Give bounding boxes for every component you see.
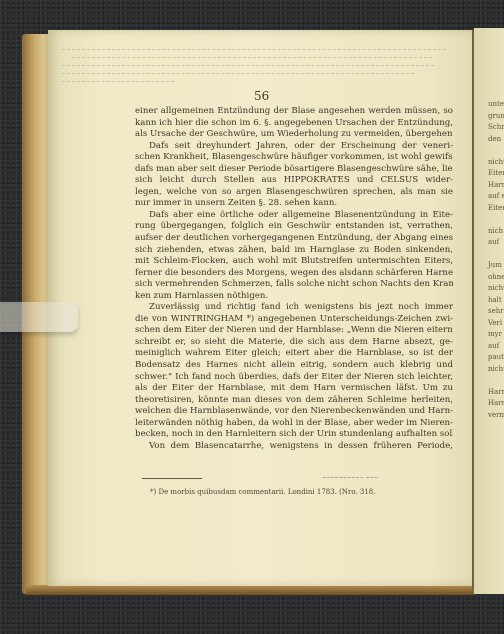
text-line: einer allgemeinen Entzündung der Blase a… [135,106,453,118]
next-page-text-fragment: Eiter [488,204,504,212]
text-line: Dafs aber eine örtliche oder allgemeine … [135,210,453,222]
text-line: als der Eiter der Harnblase, mit dem Har… [135,383,453,395]
next-page-text-fragment: halt [488,296,502,304]
text-line: schwer." Ich fand noch überdies, dafs de… [135,372,453,384]
text-line: schen dem Eiter der Nieren und der Harnb… [135,325,453,337]
next-page-text-fragment: nicht [488,158,504,166]
next-page-text-fragment: verm [488,411,504,419]
text-line: sich ziehenden, etwas zähen, bald im Har… [135,245,453,257]
text-line: dafs man aber seit dieser Periode bösart… [135,164,453,176]
handwritten-marginalia [62,42,462,82]
text-line: schen Krankheit, Blasengeschwüre häufige… [135,152,453,164]
text-line: leiterwänden nöthig haben, da wohl in de… [135,418,453,430]
next-page-text-fragment: myr [488,330,502,338]
text-line: sich leicht durch Stellen aus HIPPOKRATE… [135,175,453,187]
next-page-text-fragment: Eiter [488,169,504,177]
text-line: kann ich hier die schon im 6. §. angegeb… [135,118,453,130]
next-page-text-fragment: Harn [488,181,504,189]
next-page-text-fragment: unter [488,100,504,108]
next-page-edge: untergrunSchmdennichtEiterHarnauf eEiter… [474,28,504,594]
footnote-divider [142,478,202,479]
next-page-text-fragment: Jum [488,261,502,269]
next-page-text-fragment: grun [488,112,504,120]
text-line: welchen die Harnblasenwände, vor den Nie… [135,406,453,418]
page-number: 56 [254,89,269,103]
text-line: ken zum Harnlassen nöthigen. [135,291,453,303]
next-page-text-fragment: nicht [488,284,504,292]
text-line: aufser der deutlichen vorhergegangenen E… [135,233,453,245]
text-line: meiniglich wahrem Eiter gleich; eitert a… [135,348,453,360]
text-line: Zuverlässig und richtig fand ich wenigst… [135,302,453,314]
next-page-text-fragment: auf [488,238,499,246]
next-page-text-fragment: nich [488,227,503,235]
footnote: *) De morbis quibusdam commentarii. Lond… [150,488,375,496]
next-page-text-fragment: paut [488,353,504,361]
next-page-text-fragment: Schm [488,123,504,131]
next-page-text-fragment: auf [488,342,499,350]
text-line: legen, welche von so argen Blasengeschwü… [135,187,453,199]
next-page-text-fragment: nicht [488,365,504,373]
text-line: die von WINTRINGHAM *) angegebenen Unter… [135,314,453,326]
next-page-text-fragment: sehr [488,307,504,315]
next-page-text-fragment: ohne [488,273,504,281]
text-line: schreibt er, so sieht die Materie, die s… [135,337,453,349]
text-line: ferner die besonders des Morgens, wegen … [135,268,453,280]
text-line: als Ursache der Geschwüre, um Wiederholu… [135,129,453,141]
text-line: mit Schleim-Flocken, auch wohl mit Bluts… [135,256,453,268]
text-line: theoretisiren, könnte man dieses von dem… [135,395,453,407]
text-line: rung übergegangen, folglich ein Geschwür… [135,221,453,233]
text-line: Dafs seit dreyhundert Jahren, oder der E… [135,141,453,153]
text-line: Von dem Blasencatarrhe, wenigstens in de… [135,441,453,453]
body-text: einer allgemeinen Entzündung der Blase a… [135,106,453,452]
footnote-handwritten-annotation: ~~~~~~~~~~ ~~~ [322,475,378,481]
text-line: nur immer in unsern Zeiten §. 28. sehen … [135,198,453,210]
next-page-text-fragment: Harn [488,388,504,396]
text-line: becken, noch in den Harnleitern sich der… [135,429,453,441]
next-page-text-fragment: den [488,135,501,143]
text-line: sich vermehrenden Schmerzen, falls solch… [135,279,453,291]
bookmark-tab [0,302,78,332]
text-line: Bodensatz des Harnes nicht allein eitrig… [135,360,453,372]
page-stack-bottom [26,585,474,595]
next-page-text-fragment: auf e [488,192,504,200]
next-page-text-fragment: Harn [488,399,504,407]
next-page-text-fragment: Verl [488,319,502,327]
